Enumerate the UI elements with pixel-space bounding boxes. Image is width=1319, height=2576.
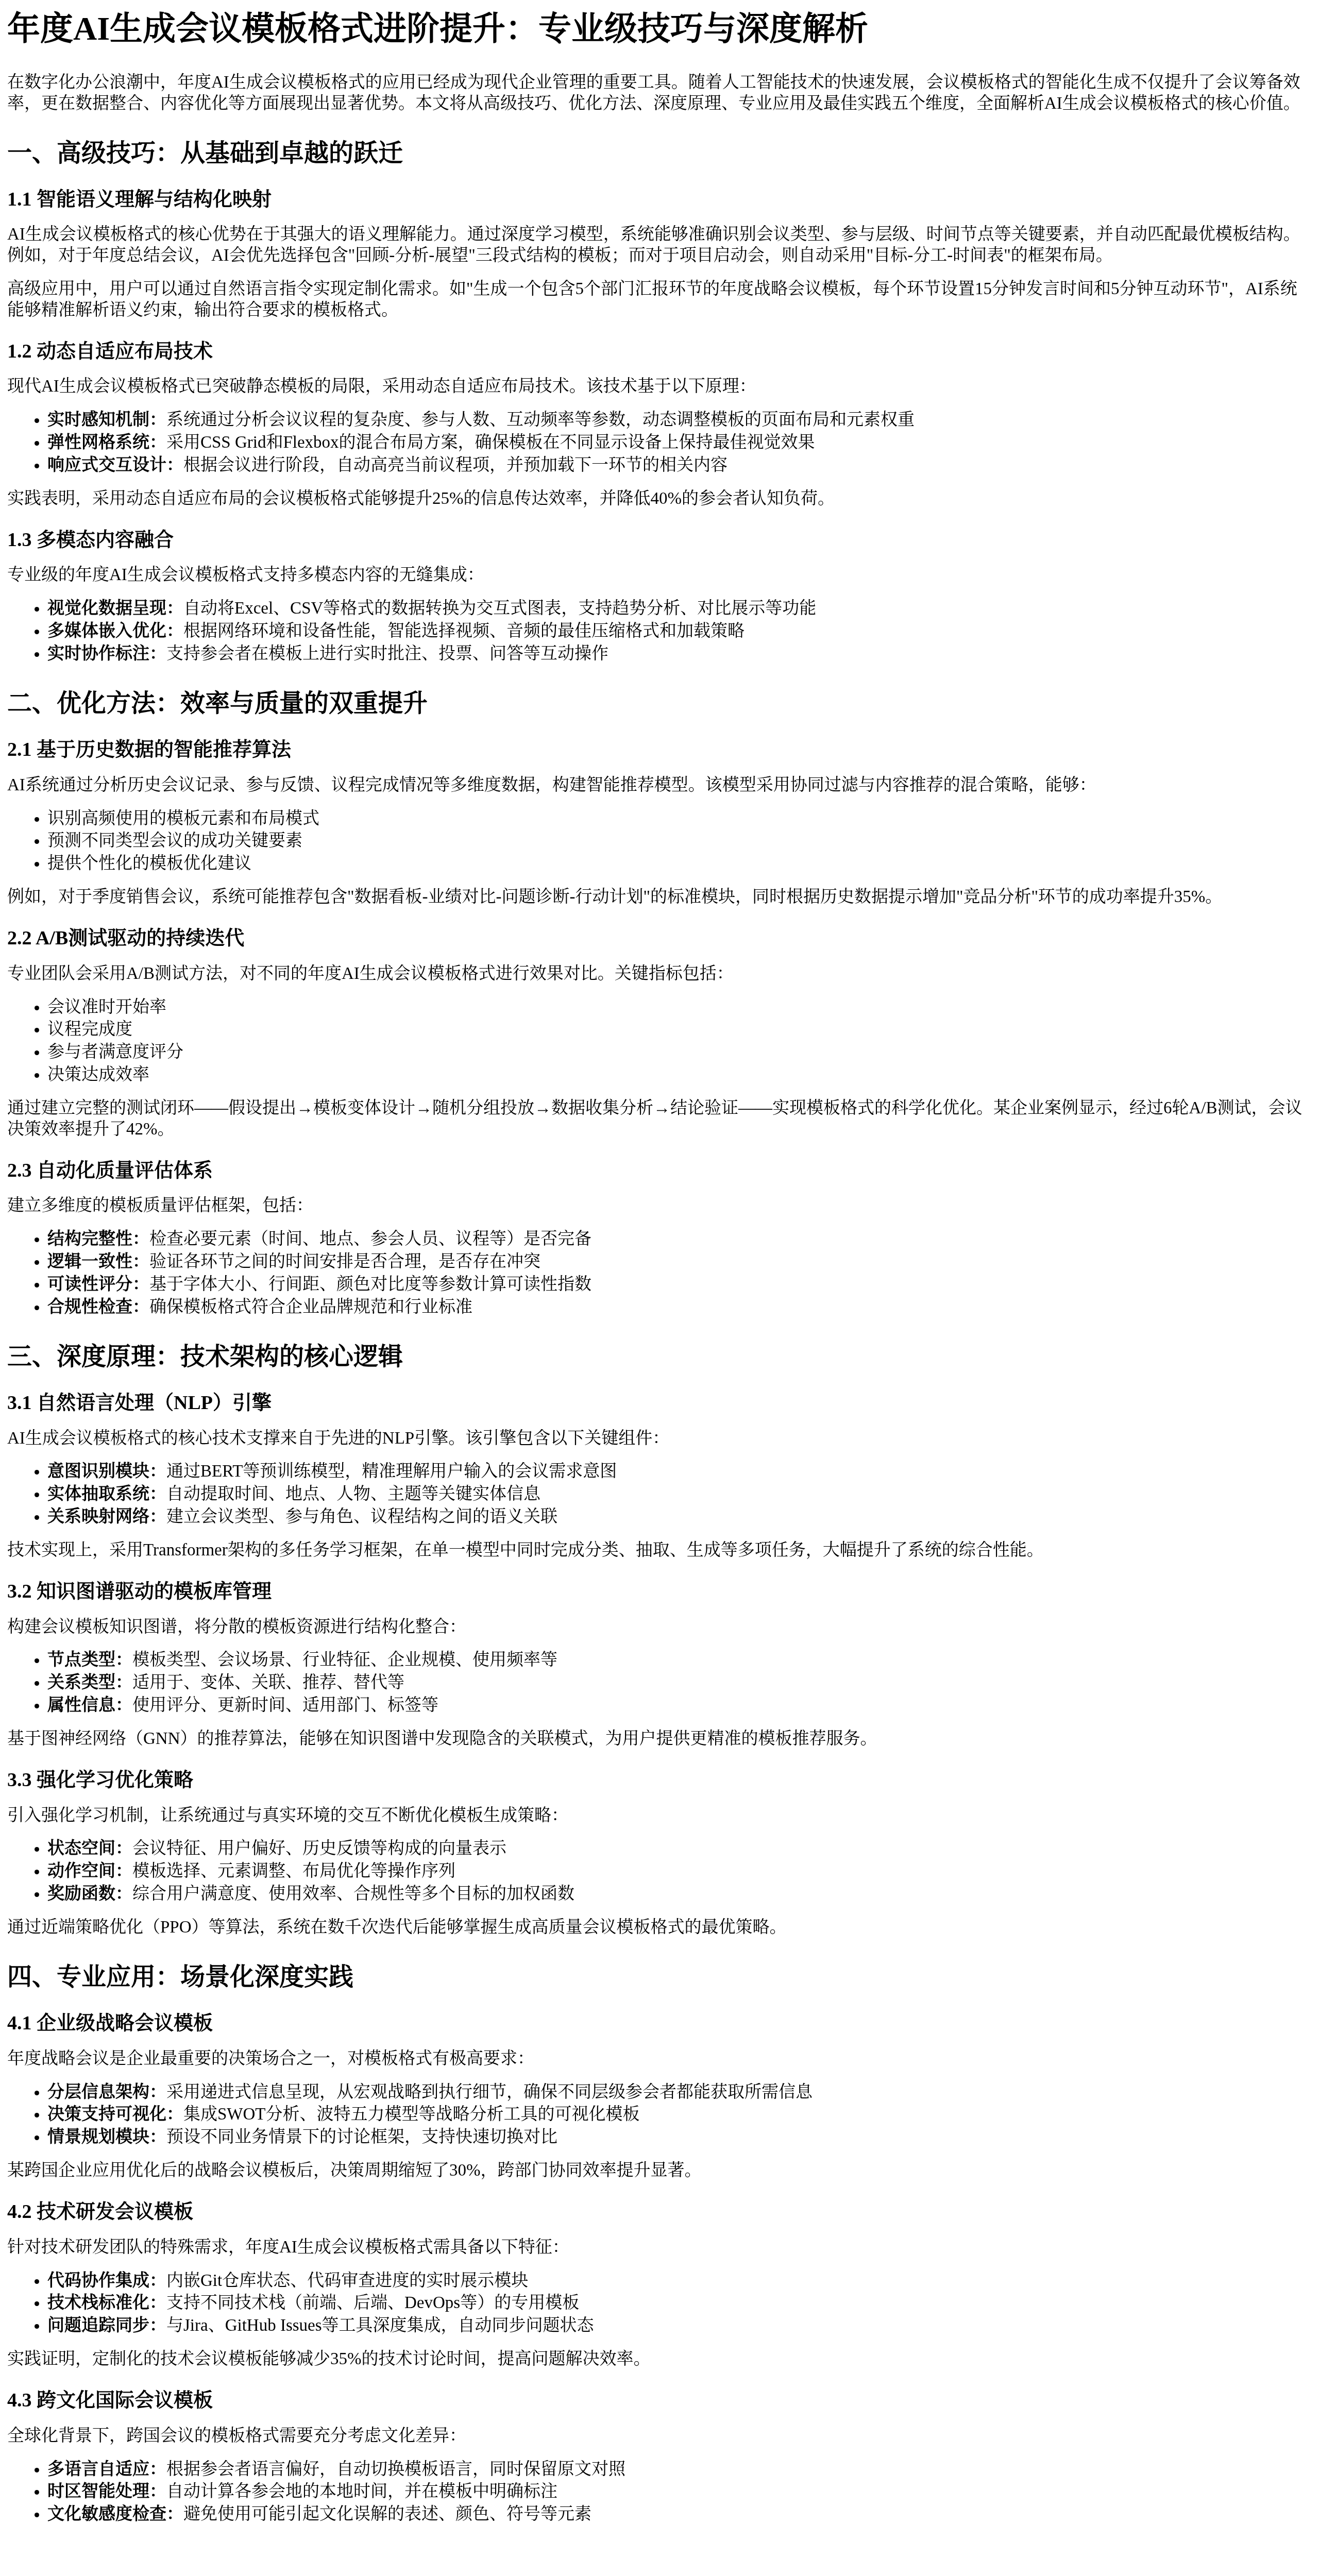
list-item: 弹性网格系统：采用CSS Grid和Flexbox的混合布局方案，确保模板在不同… — [47, 432, 1312, 453]
list-item: 实时感知机制：系统通过分析会议议程的复杂度、参与人数、互动频率等参数，动态调整模… — [47, 410, 1312, 431]
list-item: 多语言自适应：根据参会者语言偏好，自动切换模板语言，同时保留原文对照 — [47, 2459, 1312, 2480]
paragraph: 某跨国企业应用优化后的战略会议模板后，决策周期缩短了30%，跨部门协同效率提升显… — [7, 2160, 1312, 2181]
section-heading: 三、深度原理：技术架构的核心逻辑 — [7, 1342, 1312, 1372]
paragraph: AI生成会议模板格式的核心优势在于其强大的语义理解能力。通过深度学习模型，系统能… — [7, 224, 1312, 266]
list-item: 可读性评分：基于字体大小、行间距、颜色对比度等参数计算可读性指数 — [47, 1274, 1312, 1295]
list-item: 代码协作集成：内嵌Git仓库状态、代码审查进度的实时展示模块 — [47, 2270, 1312, 2292]
bullet-list: 节点类型：模板类型、会议场景、行业特征、企业规模、使用频率等关系类型：适用于、变… — [7, 1650, 1312, 1716]
list-item: 视觉化数据呈现：自动将Excel、CSV等格式的数据转换为交互式图表，支持趋势分… — [47, 598, 1312, 619]
subsection-heading: 3.3 强化学习优化策略 — [7, 1768, 1312, 1793]
list-item: 分层信息架构：采用递进式信息呈现，从宏观战略到执行细节，确保不同层级参会者都能获… — [47, 2082, 1312, 2103]
list-item-label: 实体抽取系统： — [47, 1485, 166, 1503]
section-heading: 二、优化方法：效率与质量的双重提升 — [7, 688, 1312, 719]
paragraph: 基于图神经网络（GNN）的推荐算法，能够在知识图谱中发现隐含的关联模式，为用户提… — [7, 1728, 1312, 1750]
subsection-heading: 3.1 自然语言处理（NLP）引擎 — [7, 1391, 1312, 1416]
subsection-heading: 2.3 自动化质量评估体系 — [7, 1159, 1312, 1183]
bullet-list: 多语言自适应：根据参会者语言偏好，自动切换模板语言，同时保留原文对照时区智能处理… — [7, 2459, 1312, 2526]
paragraph: 构建会议模板知识图谱，将分散的模板资源进行结构化整合： — [7, 1617, 1312, 1638]
list-item: 问题追踪同步：与Jira、GitHub Issues等工具深度集成，自动同步问题… — [47, 2315, 1312, 2336]
list-item: 文化敏感度检查：避免使用可能引起文化误解的表述、颜色、符号等元素 — [47, 2504, 1312, 2525]
list-item: 决策达成效率 — [47, 1064, 1312, 1086]
list-item-label: 技术栈标准化： — [47, 2294, 166, 2312]
list-item: 时区智能处理：自动计算各参会地的本地时间，并在模板中明确标注 — [47, 2481, 1312, 2502]
list-item: 会议准时开始率 — [47, 997, 1312, 1018]
list-item: 合规性检查：确保模板格式符合企业品牌规范和行业标准 — [47, 1297, 1312, 1318]
list-item-label: 意图识别模块： — [47, 1462, 166, 1481]
list-item-label: 代码协作集成： — [47, 2272, 166, 2290]
subsection-heading: 1.2 动态自适应布局技术 — [7, 340, 1312, 364]
list-item: 技术栈标准化：支持不同技术栈（前端、后端、DevOps等）的专用模板 — [47, 2293, 1312, 2314]
paragraph: 实践证明，定制化的技术会议模板能够减少35%的技术讨论时间，提高问题解决效率。 — [7, 2349, 1312, 2370]
list-item: 实体抽取系统：自动提取时间、地点、人物、主题等关键实体信息 — [47, 1484, 1312, 1505]
list-item-label: 实时协作标注： — [47, 645, 166, 663]
paragraph: 通过建立完整的测试闭环——假设提出→模板变体设计→随机分组投放→数据收集分析→结… — [7, 1098, 1312, 1140]
bullet-list: 识别高频使用的模板元素和布局模式预测不同类型会议的成功关键要素提供个性化的模板优… — [7, 808, 1312, 875]
subsection-heading: 4.3 跨文化国际会议模板 — [7, 2388, 1312, 2413]
bullet-list: 视觉化数据呈现：自动将Excel、CSV等格式的数据转换为交互式图表，支持趋势分… — [7, 598, 1312, 665]
list-item: 逻辑一致性：验证各环节之间的时间安排是否合理，是否存在冲突 — [47, 1251, 1312, 1273]
paragraph: 建立多维度的模板质量评估框架，包括： — [7, 1195, 1312, 1216]
list-item-label: 多媒体嵌入优化： — [47, 622, 183, 640]
list-item-label: 多语言自适应： — [47, 2460, 166, 2479]
list-item-label: 文化敏感度检查： — [47, 2505, 183, 2523]
bullet-list: 分层信息架构：采用递进式信息呈现，从宏观战略到执行细节，确保不同层级参会者都能获… — [7, 2082, 1312, 2148]
bullet-list: 会议准时开始率议程完成度参与者满意度评分决策达成效率 — [7, 997, 1312, 1086]
list-item-label: 问题追踪同步： — [47, 2316, 166, 2335]
list-item: 实时协作标注：支持参会者在模板上进行实时批注、投票、问答等互动操作 — [47, 643, 1312, 665]
bullet-list: 代码协作集成：内嵌Git仓库状态、代码审查进度的实时展示模块技术栈标准化：支持不… — [7, 2270, 1312, 2337]
intro-paragraph: 在数字化办公浪潮中，年度AI生成会议模板格式的应用已经成为现代企业管理的重要工具… — [7, 72, 1312, 114]
paragraph: 年度战略会议是企业最重要的决策场合之一，对模板格式有极高要求： — [7, 2048, 1312, 2070]
list-item-label: 弹性网格系统： — [47, 433, 166, 452]
paragraph: 引入强化学习机制，让系统通过与真实环境的交互不断优化模板生成策略： — [7, 1805, 1312, 1826]
list-item-label: 响应式交互设计： — [47, 456, 183, 474]
list-item-label: 实时感知机制： — [47, 411, 166, 429]
list-item: 识别高频使用的模板元素和布局模式 — [47, 808, 1312, 829]
list-item: 节点类型：模板类型、会议场景、行业特征、企业规模、使用频率等 — [47, 1650, 1312, 1671]
paragraph: 例如，对于季度销售会议，系统可能推荐包含"数据看板-业绩对比-问题诊断-行动计划… — [7, 887, 1312, 908]
list-item-label: 结构完整性： — [47, 1230, 149, 1248]
list-item-label: 逻辑一致性： — [47, 1252, 149, 1271]
list-item: 动作空间：模板选择、元素调整、布局优化等操作序列 — [47, 1861, 1312, 1882]
list-item-label: 视觉化数据呈现： — [47, 599, 183, 618]
subsection-heading: 1.3 多模态内容融合 — [7, 528, 1312, 553]
paragraph: 专业团队会采用A/B测试方法，对不同的年度AI生成会议模板格式进行效果对比。关键… — [7, 963, 1312, 985]
section-heading: 一、高级技巧：从基础到卓越的跃迁 — [7, 138, 1312, 169]
bullet-list: 状态空间：会议特征、用户偏好、历史反馈等构成的向量表示动作空间：模板选择、元素调… — [7, 1838, 1312, 1905]
paragraph: 实践表明，采用动态自适应布局的会议模板格式能够提升25%的信息传达效率，并降低4… — [7, 488, 1312, 510]
list-item: 奖励函数：综合用户满意度、使用效率、合规性等多个目标的加权函数 — [47, 1884, 1312, 1905]
paragraph: 通过近端策略优化（PPO）等算法，系统在数千次迭代后能够掌握生成高质量会议模板格… — [7, 1917, 1312, 1938]
paragraph: 现代AI生成会议模板格式已突破静态模板的局限，采用动态自适应布局技术。该技术基于… — [7, 376, 1312, 397]
list-item-label: 状态空间： — [47, 1839, 132, 1858]
section-heading: 四、专业应用：场景化深度实践 — [7, 1962, 1312, 1993]
list-item-label: 动作空间： — [47, 1862, 132, 1880]
list-item-label: 分层信息架构： — [47, 2083, 166, 2102]
list-item: 情景规划模块：预设不同业务情景下的讨论框架，支持快速切换对比 — [47, 2127, 1312, 2148]
list-item-label: 节点类型： — [47, 1651, 132, 1669]
list-item-label: 时区智能处理： — [47, 2482, 166, 2501]
list-item: 关系映射网络：建立会议类型、参与角色、议程结构之间的语义关联 — [47, 1506, 1312, 1528]
list-item-label: 决策支持可视化： — [47, 2105, 183, 2124]
list-item: 多媒体嵌入优化：根据网络环境和设备性能，智能选择视频、音频的最佳压缩格式和加载策… — [47, 621, 1312, 642]
subsection-heading: 4.1 企业级战略会议模板 — [7, 2011, 1312, 2036]
list-item: 参与者满意度评分 — [47, 1042, 1312, 1063]
list-item: 响应式交互设计：根据会议进行阶段，自动高亮当前议程项，并预加载下一环节的相关内容 — [47, 455, 1312, 476]
subsection-heading: 3.2 知识图谱驱动的模板库管理 — [7, 1580, 1312, 1604]
list-item: 议程完成度 — [47, 1019, 1312, 1040]
paragraph: 专业级的年度AI生成会议模板格式支持多模态内容的无缝集成： — [7, 565, 1312, 586]
subsection-heading: 2.1 基于历史数据的智能推荐算法 — [7, 738, 1312, 762]
paragraph: AI系统通过分析历史会议记录、参与反馈、议程完成情况等多维度数据，构建智能推荐模… — [7, 775, 1312, 796]
paragraph: AI生成会议模板格式的核心技术支撑来自于先进的NLP引擎。该引擎包含以下关键组件… — [7, 1428, 1312, 1449]
document-body: 一、高级技巧：从基础到卓越的跃迁1.1 智能语义理解与结构化映射AI生成会议模板… — [7, 138, 1312, 2525]
paragraph: 高级应用中，用户可以通过自然语言指令实现定制化需求。如"生成一个包含5个部门汇报… — [7, 279, 1312, 321]
list-item: 属性信息：使用评分、更新时间、适用部门、标签等 — [47, 1695, 1312, 1716]
paragraph: 全球化背景下，跨国会议的模板格式需要充分考虑文化差异： — [7, 2426, 1312, 2447]
list-item-label: 合规性检查： — [47, 1298, 149, 1316]
list-item-label: 情景规划模块： — [47, 2128, 166, 2146]
list-item: 决策支持可视化：集成SWOT分析、波特五力模型等战略分析工具的可视化模板 — [47, 2104, 1312, 2125]
paragraph: 针对技术研发团队的特殊需求，年度AI生成会议模板格式需具备以下特征： — [7, 2237, 1312, 2258]
list-item: 状态空间：会议特征、用户偏好、历史反馈等构成的向量表示 — [47, 1838, 1312, 1859]
list-item-label: 奖励函数： — [47, 1885, 132, 1903]
list-item: 意图识别模块：通过BERT等预训练模型，精准理解用户输入的会议需求意图 — [47, 1461, 1312, 1482]
list-item-label: 属性信息： — [47, 1696, 132, 1715]
list-item: 预测不同类型会议的成功关键要素 — [47, 831, 1312, 852]
subsection-heading: 2.2 A/B测试驱动的持续迭代 — [7, 926, 1312, 951]
list-item: 关系类型：适用于、变体、关联、推荐、替代等 — [47, 1672, 1312, 1693]
list-item-label: 关系映射网络： — [47, 1507, 166, 1526]
document: 年度AI生成会议模板格式进阶提升：专业级技巧与深度解析 在数字化办公浪潮中，年度… — [7, 8, 1312, 2525]
bullet-list: 结构完整性：检查必要元素（时间、地点、参会人员、议程等）是否完备逻辑一致性：验证… — [7, 1229, 1312, 1318]
list-item: 结构完整性：检查必要元素（时间、地点、参会人员、议程等）是否完备 — [47, 1229, 1312, 1250]
list-item: 提供个性化的模板优化建议 — [47, 853, 1312, 874]
bullet-list: 实时感知机制：系统通过分析会议议程的复杂度、参与人数、互动频率等参数，动态调整模… — [7, 410, 1312, 476]
paragraph: 技术实现上，采用Transformer架构的多任务学习框架，在单一模型中同时完成… — [7, 1540, 1312, 1561]
list-item-label: 可读性评分： — [47, 1275, 149, 1294]
bullet-list: 意图识别模块：通过BERT等预训练模型，精准理解用户输入的会议需求意图实体抽取系… — [7, 1461, 1312, 1528]
list-item-label: 关系类型： — [47, 1673, 132, 1692]
page-title: 年度AI生成会议模板格式进阶提升：专业级技巧与深度解析 — [7, 8, 1312, 49]
subsection-heading: 4.2 技术研发会议模板 — [7, 2200, 1312, 2225]
subsection-heading: 1.1 智能语义理解与结构化映射 — [7, 188, 1312, 212]
